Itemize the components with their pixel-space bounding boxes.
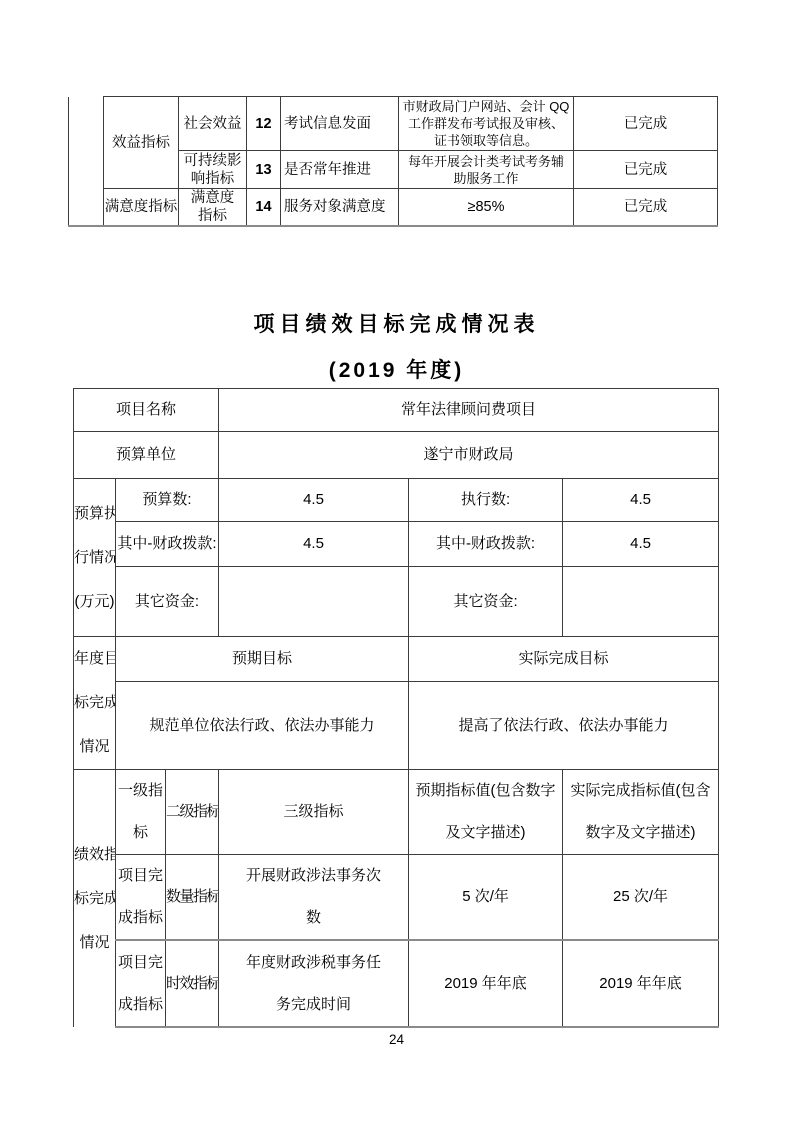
perf-level3-cell: 开展财政涉法事务次 数 [219, 855, 409, 941]
table-row: 预算执 行情况 (万元) 预算数: 4.5 执行数: 4.5 [74, 479, 719, 522]
perf-expected-cell: 5 次/年 [409, 855, 563, 941]
perf-level1-cell: 项目完 成指标 [116, 940, 166, 1027]
table-row: 其中-财政拨款: 4.5 其中-财政拨款: 4.5 [74, 522, 719, 567]
indicator-number-cell: 12 [247, 97, 281, 151]
indicator-result-cell: 每年开展会计类考试考务辅 助服务工作 [399, 151, 574, 189]
perf-level1-header-cell: 一级指 标 [116, 770, 166, 855]
table-row: 绩效指 标完成 情况 一级指 标 二级指标 三级指标 预期指标值(包含数字 及文… [74, 770, 719, 855]
indicator-name-cell: 是否常年推进 [281, 151, 399, 189]
budget-value-cell: 4.5 [563, 479, 719, 522]
indicator-group-cell: 效益指标 [104, 97, 179, 189]
budget-value-cell: 4.5 [563, 522, 719, 567]
perf-level2-cell: 时效指标 [166, 940, 219, 1027]
table-row: 项目名称 常年法律顾问费项目 [74, 389, 719, 432]
indicator-group-cell: 满意度指标 [104, 189, 179, 227]
indicator-status-cell: 已完成 [574, 97, 718, 151]
indicator-sub-cell: 满意度 指标 [179, 189, 247, 227]
indicator-result-cell: ≥85% [399, 189, 574, 227]
expected-goal-header-cell: 预期目标 [116, 637, 409, 682]
page-title: 项目绩效目标完成情况表 [0, 308, 793, 338]
budget-unit-value-cell: 遂宁市财政局 [219, 432, 719, 479]
budget-value-cell: 4.5 [219, 479, 409, 522]
perf-level3-header-cell: 三级指标 [219, 770, 409, 855]
actual-goal-header-cell: 实际完成目标 [409, 637, 719, 682]
budget-value-cell: 4.5 [219, 522, 409, 567]
indicator-result-cell: 市财政局门户网站、会计 QQ 工作群发布考试报及审核、 证书领取等信息。 [399, 97, 574, 151]
document-page: 效益指标 社会效益 12 考试信息发面 市财政局门户网站、会计 QQ 工作群发布… [0, 0, 793, 1122]
perf-expected-header-cell: 预期指标值(包含数字 及文字描述) [409, 770, 563, 855]
perf-actual-cell: 2019 年年底 [563, 940, 719, 1027]
table-row: 项目完 成指标 时效指标 年度财政涉税事务任 务完成时间 2019 年年底 20… [74, 940, 719, 1027]
table-row: 效益指标 社会效益 12 考试信息发面 市财政局门户网站、会计 QQ 工作群发布… [69, 97, 718, 151]
table-row: 其它资金: 其它资金: [74, 567, 719, 637]
perf-actual-header-cell: 实际完成指标值(包含 数字及文字描述) [563, 770, 719, 855]
table-row: 项目完 成指标 数量指标 开展财政涉法事务次 数 5 次/年 25 次/年 [74, 855, 719, 941]
budget-label-cell: 其中-财政拨款: [409, 522, 563, 567]
indicator-status-cell: 已完成 [574, 151, 718, 189]
table-row: 预算单位 遂宁市财政局 [74, 432, 719, 479]
table-row: 年度目 标完成 情况 预期目标 实际完成目标 [74, 637, 719, 682]
annual-goal-section-header-cell: 年度目 标完成 情况 [74, 637, 116, 770]
project-name-label-cell: 项目名称 [74, 389, 219, 432]
page-subtitle: (2019 年度) [0, 354, 793, 384]
budget-section-header-cell: 预算执 行情况 (万元) [74, 479, 116, 637]
indicator-sub-cell: 可持续影 响指标 [179, 151, 247, 189]
actual-goal-value-cell: 提高了依法行政、依法办事能力 [409, 682, 719, 770]
indicator-status-cell: 已完成 [574, 189, 718, 227]
project-name-value-cell: 常年法律顾问费项目 [219, 389, 719, 432]
perf-level2-header-cell: 二级指标 [166, 770, 219, 855]
budget-label-cell: 执行数: [409, 479, 563, 522]
perf-actual-cell: 25 次/年 [563, 855, 719, 941]
budget-label-cell: 其它资金: [409, 567, 563, 637]
perf-level1-cell: 项目完 成指标 [116, 855, 166, 941]
carryover-indicators-table: 效益指标 社会效益 12 考试信息发面 市财政局门户网站、会计 QQ 工作群发布… [68, 96, 718, 227]
performance-target-table: 项目名称 常年法律顾问费项目 预算单位 遂宁市财政局 预算执 行情况 (万元) … [73, 388, 719, 1028]
indicator-name-cell: 考试信息发面 [281, 97, 399, 151]
indicator-sub-cell: 社会效益 [179, 97, 247, 151]
budget-unit-label-cell: 预算单位 [74, 432, 219, 479]
indicator-number-cell: 14 [247, 189, 281, 227]
page-number: 24 [0, 1032, 793, 1047]
indicator-name-cell: 服务对象满意度 [281, 189, 399, 227]
table-row: 规范单位依法行政、依法办事能力 提高了依法行政、依法办事能力 [74, 682, 719, 770]
budget-label-cell: 其它资金: [116, 567, 219, 637]
expected-goal-value-cell: 规范单位依法行政、依法办事能力 [116, 682, 409, 770]
budget-label-cell: 预算数: [116, 479, 219, 522]
perf-expected-cell: 2019 年年底 [409, 940, 563, 1027]
budget-value-cell [219, 567, 409, 637]
perf-level3-cell: 年度财政涉税事务任 务完成时间 [219, 940, 409, 1027]
budget-label-cell: 其中-财政拨款: [116, 522, 219, 567]
budget-value-cell [563, 567, 719, 637]
table-border-stub [73, 1013, 74, 1019]
perf-section-header-cell: 绩效指 标完成 情况 [74, 770, 116, 1028]
table-row: 满意度指标 满意度 指标 14 服务对象满意度 ≥85% 已完成 [69, 189, 718, 227]
perf-level2-cell: 数量指标 [166, 855, 219, 941]
indicator-number-cell: 13 [247, 151, 281, 189]
left-gutter-cell [69, 97, 104, 227]
